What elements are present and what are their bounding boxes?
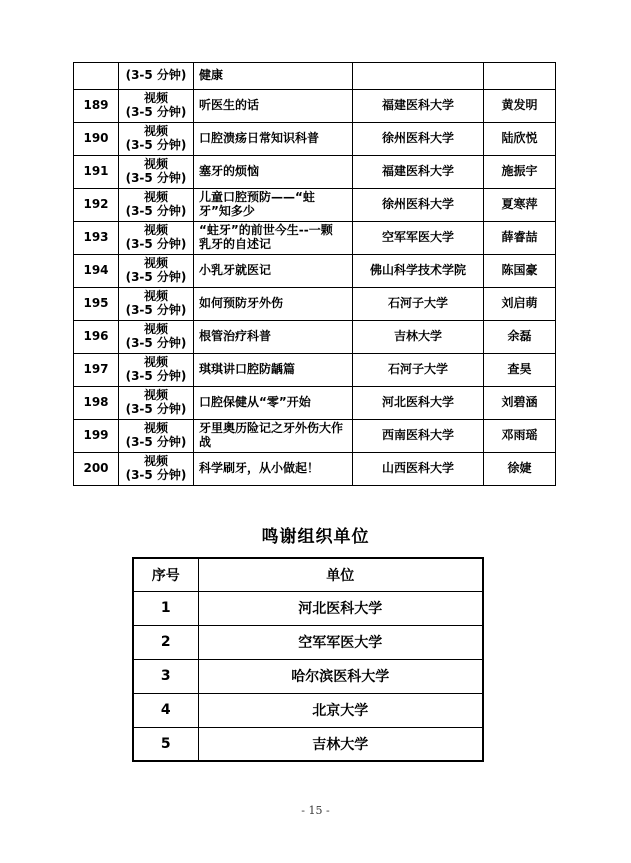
university-cell: 河北医科大学: [353, 387, 484, 420]
university-cell: 吉林大学: [353, 321, 484, 354]
no-cell: 199: [74, 420, 119, 453]
entries-row: 189视频(3-5 分钟)听医生的话福建医科大学黄发明: [74, 90, 556, 123]
entries-continuation-row: (3-5 分钟)健康: [74, 63, 556, 90]
name-cell: 徐婕: [484, 453, 556, 486]
type-cell: 视频(3-5 分钟): [119, 189, 194, 222]
thanks-no-cell: 4: [133, 693, 198, 727]
entries-row: 193视频(3-5 分钟)“蛀牙”的前世今生--一颗乳牙的自述记空军军医大学薛睿…: [74, 222, 556, 255]
thanks-unit-cell: 河北医科大学: [198, 591, 483, 625]
type-line-2: (3-5 分钟): [123, 304, 189, 318]
name-cell: 黄发明: [484, 90, 556, 123]
type-line-2: (3-5 分钟): [123, 403, 189, 417]
type-line-1: 视频: [123, 356, 189, 370]
university-cell: 石河子大学: [353, 288, 484, 321]
no-cell: 195: [74, 288, 119, 321]
university-cell: 福建医科大学: [353, 90, 484, 123]
type-line-2: (3-5 分钟): [123, 139, 189, 153]
type-cell: 视频(3-5 分钟): [119, 222, 194, 255]
type-cell: 视频(3-5 分钟): [119, 123, 194, 156]
type-line-2: (3-5 分钟): [123, 271, 189, 285]
no-cell: 200: [74, 453, 119, 486]
title-cell: 听医生的话: [194, 90, 353, 123]
university-cell: 徐州医科大学: [353, 189, 484, 222]
type-cell: 视频(3-5 分钟): [119, 420, 194, 453]
entries-row: 196视频(3-5 分钟)根管治疗科普吉林大学余磊: [74, 321, 556, 354]
name-cell: 余磊: [484, 321, 556, 354]
university-cell: 石河子大学: [353, 354, 484, 387]
title-cell: 口腔保健从“零”开始: [194, 387, 353, 420]
entries-row: 192视频(3-5 分钟)儿童口腔预防——“蛀牙”知多少徐州医科大学夏寒萍: [74, 189, 556, 222]
entries-row: 194视频(3-5 分钟)小乳牙就医记佛山科学技术学院陈国豪: [74, 255, 556, 288]
thanks-row: 4北京大学: [133, 693, 483, 727]
type-cell: 视频(3-5 分钟): [119, 255, 194, 288]
university-cell: [353, 63, 484, 90]
type-line-1: 视频: [123, 224, 189, 238]
title-cell: 琪琪讲口腔防龋篇: [194, 354, 353, 387]
name-cell: 薛睿喆: [484, 222, 556, 255]
thanks-unit-cell: 空军军医大学: [198, 625, 483, 659]
type-cell: 视频(3-5 分钟): [119, 453, 194, 486]
thanks-row: 2空军军医大学: [133, 625, 483, 659]
thanks-header-unit: 单位: [198, 558, 483, 591]
type-line-1: 视频: [123, 422, 189, 436]
type-line-2: (3-5 分钟): [123, 436, 189, 450]
title-cell: 如何预防牙外伤: [194, 288, 353, 321]
no-cell: 196: [74, 321, 119, 354]
university-cell: 福建医科大学: [353, 156, 484, 189]
university-cell: 徐州医科大学: [353, 123, 484, 156]
thanks-row: 1河北医科大学: [133, 591, 483, 625]
university-cell: 空军军医大学: [353, 222, 484, 255]
name-cell: 查昊: [484, 354, 556, 387]
type-line-2: (3-5 分钟): [123, 205, 189, 219]
type-line-2: (3-5 分钟): [123, 370, 189, 384]
no-cell: 198: [74, 387, 119, 420]
type-line-2: (3-5 分钟): [123, 238, 189, 252]
name-cell: 陈国豪: [484, 255, 556, 288]
type-cell: 视频(3-5 分钟): [119, 156, 194, 189]
thanks-row: 5吉林大学: [133, 727, 483, 761]
entries-row: 199视频(3-5 分钟)牙里奥历险记之牙外伤大作战西南医科大学邓雨瑶: [74, 420, 556, 453]
type-cell: 视频(3-5 分钟): [119, 90, 194, 123]
type-line-2: (3-5 分钟): [123, 172, 189, 186]
no-cell: 194: [74, 255, 119, 288]
type-line-2: (3-5 分钟): [123, 469, 189, 483]
type-line-1: 视频: [123, 323, 189, 337]
title-cell: 小乳牙就医记: [194, 255, 353, 288]
thanks-section-heading: 鸣谢组织单位: [0, 522, 631, 547]
thanks-unit-cell: 吉林大学: [198, 727, 483, 761]
entries-row: 191视频(3-5 分钟)塞牙的烦恼福建医科大学施振宇: [74, 156, 556, 189]
type-cell: (3-5 分钟): [119, 63, 194, 90]
thanks-no-cell: 3: [133, 659, 198, 693]
type-line-2: (3-5 分钟): [123, 106, 189, 120]
name-cell: [484, 63, 556, 90]
thanks-table: 序号 单位 1河北医科大学2空军军医大学3哈尔滨医科大学4北京大学5吉林大学: [132, 557, 484, 762]
thanks-row: 3哈尔滨医科大学: [133, 659, 483, 693]
thanks-no-cell: 2: [133, 625, 198, 659]
thanks-unit-cell: 北京大学: [198, 693, 483, 727]
name-cell: 刘启萌: [484, 288, 556, 321]
type-line-1: 视频: [123, 92, 189, 106]
type-line-1: 视频: [123, 389, 189, 403]
university-cell: 西南医科大学: [353, 420, 484, 453]
title-cell: 儿童口腔预防——“蛀牙”知多少: [194, 189, 353, 222]
title-cell: 科学刷牙，从小做起！: [194, 453, 353, 486]
university-cell: 山西医科大学: [353, 453, 484, 486]
thanks-table-header-row: 序号 单位: [133, 558, 483, 591]
title-cell: “蛀牙”的前世今生--一颗乳牙的自述记: [194, 222, 353, 255]
name-cell: 夏寒萍: [484, 189, 556, 222]
title-cell: 健康: [194, 63, 353, 90]
thanks-table-head: 序号 单位: [133, 558, 483, 591]
no-cell: 197: [74, 354, 119, 387]
entries-row: 198视频(3-5 分钟)口腔保健从“零”开始河北医科大学刘碧涵: [74, 387, 556, 420]
name-cell: 施振宇: [484, 156, 556, 189]
entries-row: 200视频(3-5 分钟)科学刷牙，从小做起！山西医科大学徐婕: [74, 453, 556, 486]
entries-row: 195视频(3-5 分钟)如何预防牙外伤石河子大学刘启萌: [74, 288, 556, 321]
type-line-2: (3-5 分钟): [123, 337, 189, 351]
entries-table-body: (3-5 分钟)健康189视频(3-5 分钟)听医生的话福建医科大学黄发明190…: [74, 63, 556, 486]
document-page: (3-5 分钟)健康189视频(3-5 分钟)听医生的话福建医科大学黄发明190…: [0, 0, 631, 863]
no-cell: 193: [74, 222, 119, 255]
thanks-no-cell: 5: [133, 727, 198, 761]
type-cell: 视频(3-5 分钟): [119, 288, 194, 321]
type-cell: 视频(3-5 分钟): [119, 354, 194, 387]
type-line-1: 视频: [123, 125, 189, 139]
title-cell: 塞牙的烦恼: [194, 156, 353, 189]
name-cell: 邓雨瑶: [484, 420, 556, 453]
title-cell: 根管治疗科普: [194, 321, 353, 354]
type-cell: 视频(3-5 分钟): [119, 387, 194, 420]
type-line-1: 视频: [123, 191, 189, 205]
university-cell: 佛山科学技术学院: [353, 255, 484, 288]
thanks-no-cell: 1: [133, 591, 198, 625]
entries-row: 197视频(3-5 分钟)琪琪讲口腔防龋篇石河子大学查昊: [74, 354, 556, 387]
thanks-table-body: 1河北医科大学2空军军医大学3哈尔滨医科大学4北京大学5吉林大学: [133, 591, 483, 761]
title-cell: 牙里奥历险记之牙外伤大作战: [194, 420, 353, 453]
name-cell: 刘碧涵: [484, 387, 556, 420]
thanks-unit-cell: 哈尔滨医科大学: [198, 659, 483, 693]
no-cell: 192: [74, 189, 119, 222]
type-line-1: 视频: [123, 158, 189, 172]
no-cell: 191: [74, 156, 119, 189]
thanks-header-no: 序号: [133, 558, 198, 591]
entries-row: 190视频(3-5 分钟)口腔溃疡日常知识科普徐州医科大学陆欣悦: [74, 123, 556, 156]
type-line-1: 视频: [123, 290, 189, 304]
no-cell: [74, 63, 119, 90]
no-cell: 189: [74, 90, 119, 123]
entries-table: (3-5 分钟)健康189视频(3-5 分钟)听医生的话福建医科大学黄发明190…: [73, 62, 556, 486]
no-cell: 190: [74, 123, 119, 156]
type-line-1: 视频: [123, 455, 189, 469]
page-number: - 15 -: [0, 804, 631, 817]
type-cell: 视频(3-5 分钟): [119, 321, 194, 354]
type-line-1: 视频: [123, 257, 189, 271]
title-cell: 口腔溃疡日常知识科普: [194, 123, 353, 156]
name-cell: 陆欣悦: [484, 123, 556, 156]
